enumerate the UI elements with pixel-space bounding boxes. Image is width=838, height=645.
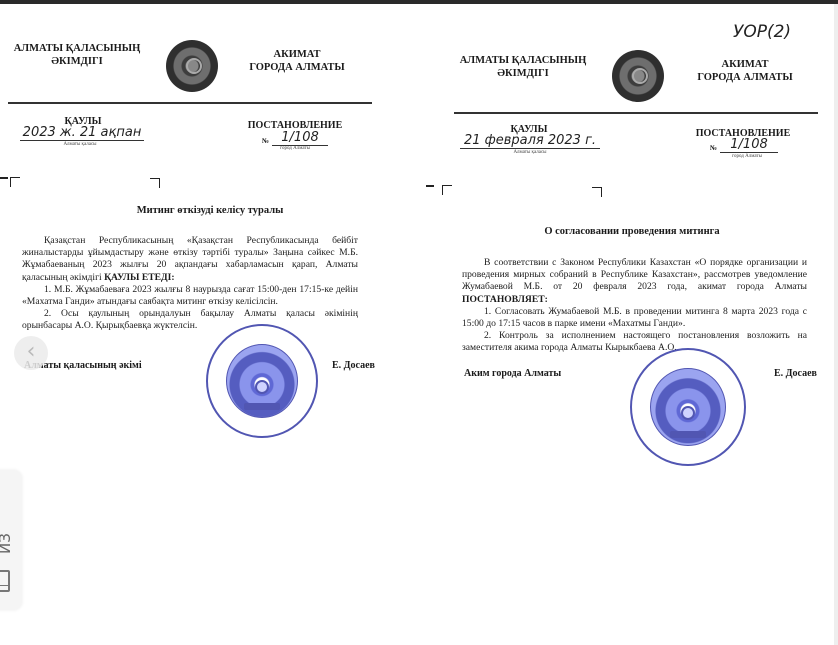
preamble: В соответствии с Законом Республики Каза… [462, 257, 807, 306]
clause-2: 2. Осы қаулының орындалуын бақылау Алмат… [22, 308, 358, 332]
header-kz-line1: АЛМАТЫ ҚАЛАСЫНЫҢ [458, 54, 588, 67]
previous-button[interactable]: ‹ [14, 336, 48, 370]
header-ru: АКИМАТ ГОРОДА АЛМАТЫ [690, 58, 800, 84]
resolves-label: ПОСТАНОВЛЯЕТ: [462, 294, 548, 305]
corner-mark [592, 187, 602, 197]
handwritten-date: 21 февраля 2023 г. [460, 133, 600, 149]
header-kz-line1: АЛМАТЫ ҚАЛАСЫНЫҢ [12, 42, 142, 55]
handwritten-note: УОР(2) [730, 22, 794, 42]
official-stamp-icon [206, 324, 318, 438]
corner-mark [442, 185, 452, 195]
preamble: Қазақстан Республикасының «Қазақстан Рес… [22, 235, 358, 284]
handwritten-date: 2023 ж. 21 ақпан [20, 125, 144, 141]
signature-position: Аким города Алматы [464, 368, 561, 379]
document-russian: УОР(2) АЛМАТЫ ҚАЛАСЫНЫҢ ӘКІМДІГІ АКИМАТ … [420, 4, 834, 645]
document-kazakh: АЛМАТЫ ҚАЛАСЫНЫҢ ӘКІМДІГІ АКИМАТ ГОРОДА … [0, 4, 420, 645]
clause-1: 1. Согласовать Жумабаевой М.Б. в проведе… [462, 306, 807, 330]
caption-ru: город Алматы [270, 146, 320, 151]
number-prefix: № [262, 137, 269, 145]
header-ru-line2: ГОРОДА АЛМАТЫ [690, 71, 800, 84]
stamp-ribbon [244, 403, 280, 410]
header-rule [454, 112, 818, 114]
preamble-text: Қазақстан Республикасының «Қазақстан Рес… [22, 235, 358, 283]
corner-mark [426, 185, 434, 187]
side-panel-tab[interactable]: ИЗ [0, 470, 22, 610]
header-kz-line2: ӘКІМДІГІ [12, 55, 142, 68]
caption-ru: город Алматы [722, 154, 772, 159]
document-title: О согласовании проведения митинга [482, 226, 782, 237]
resolves-label: ҚАУЛЫ ЕТЕДІ: [104, 272, 175, 283]
header-ru-line2: ГОРОДА АЛМАТЫ [242, 61, 352, 74]
header-rule [8, 102, 372, 104]
clause-2: 2. Контроль за исполнением настоящего по… [462, 330, 807, 354]
book-icon [0, 570, 10, 592]
document-body: В соответствии с Законом Республики Каза… [462, 257, 807, 355]
header-ru: АКИМАТ ГОРОДА АЛМАТЫ [242, 48, 352, 74]
clause-1: 1. М.Б. Жұмабаеваға 2023 жылғы 8 наурызд… [22, 284, 358, 308]
state-emblem-icon [612, 50, 664, 102]
stamp-star [681, 406, 695, 420]
handwritten-number: 1/108 [272, 130, 328, 146]
stamp-star [255, 380, 269, 394]
state-emblem-icon [166, 40, 218, 92]
official-stamp-icon [630, 348, 746, 466]
chevron-left-icon: ‹ [27, 339, 36, 364]
header-kz: АЛМАТЫ ҚАЛАСЫНЫҢ ӘКІМДІГІ [458, 54, 588, 80]
header-ru-line1: АКИМАТ [690, 58, 800, 71]
number-prefix: № [710, 144, 717, 152]
preamble-text: В соответствии с Законом Республики Каза… [462, 257, 807, 292]
corner-mark [10, 177, 20, 187]
stamp-ribbon [670, 431, 706, 438]
caption-kz: Алматы қаласы [500, 150, 560, 155]
scrollbar-track[interactable] [834, 4, 838, 645]
signature-name: Е. Досаев [332, 360, 375, 371]
document-title: Митинг өткізуді келісу туралы [60, 205, 360, 216]
corner-mark [0, 177, 8, 179]
header-kz-line2: ӘКІМДІГІ [458, 67, 588, 80]
signature-name: Е. Досаев [774, 368, 817, 379]
handwritten-number: 1/108 [720, 137, 778, 153]
side-panel-label: ИЗ [0, 528, 14, 554]
document-body: Қазақстан Республикасының «Қазақстан Рес… [22, 235, 358, 333]
corner-mark [150, 178, 160, 188]
caption-kz: Алматы қаласы [50, 142, 110, 147]
header-ru-line1: АКИМАТ [242, 48, 352, 61]
header-kz: АЛМАТЫ ҚАЛАСЫНЫҢ ӘКІМДІГІ [12, 42, 142, 68]
